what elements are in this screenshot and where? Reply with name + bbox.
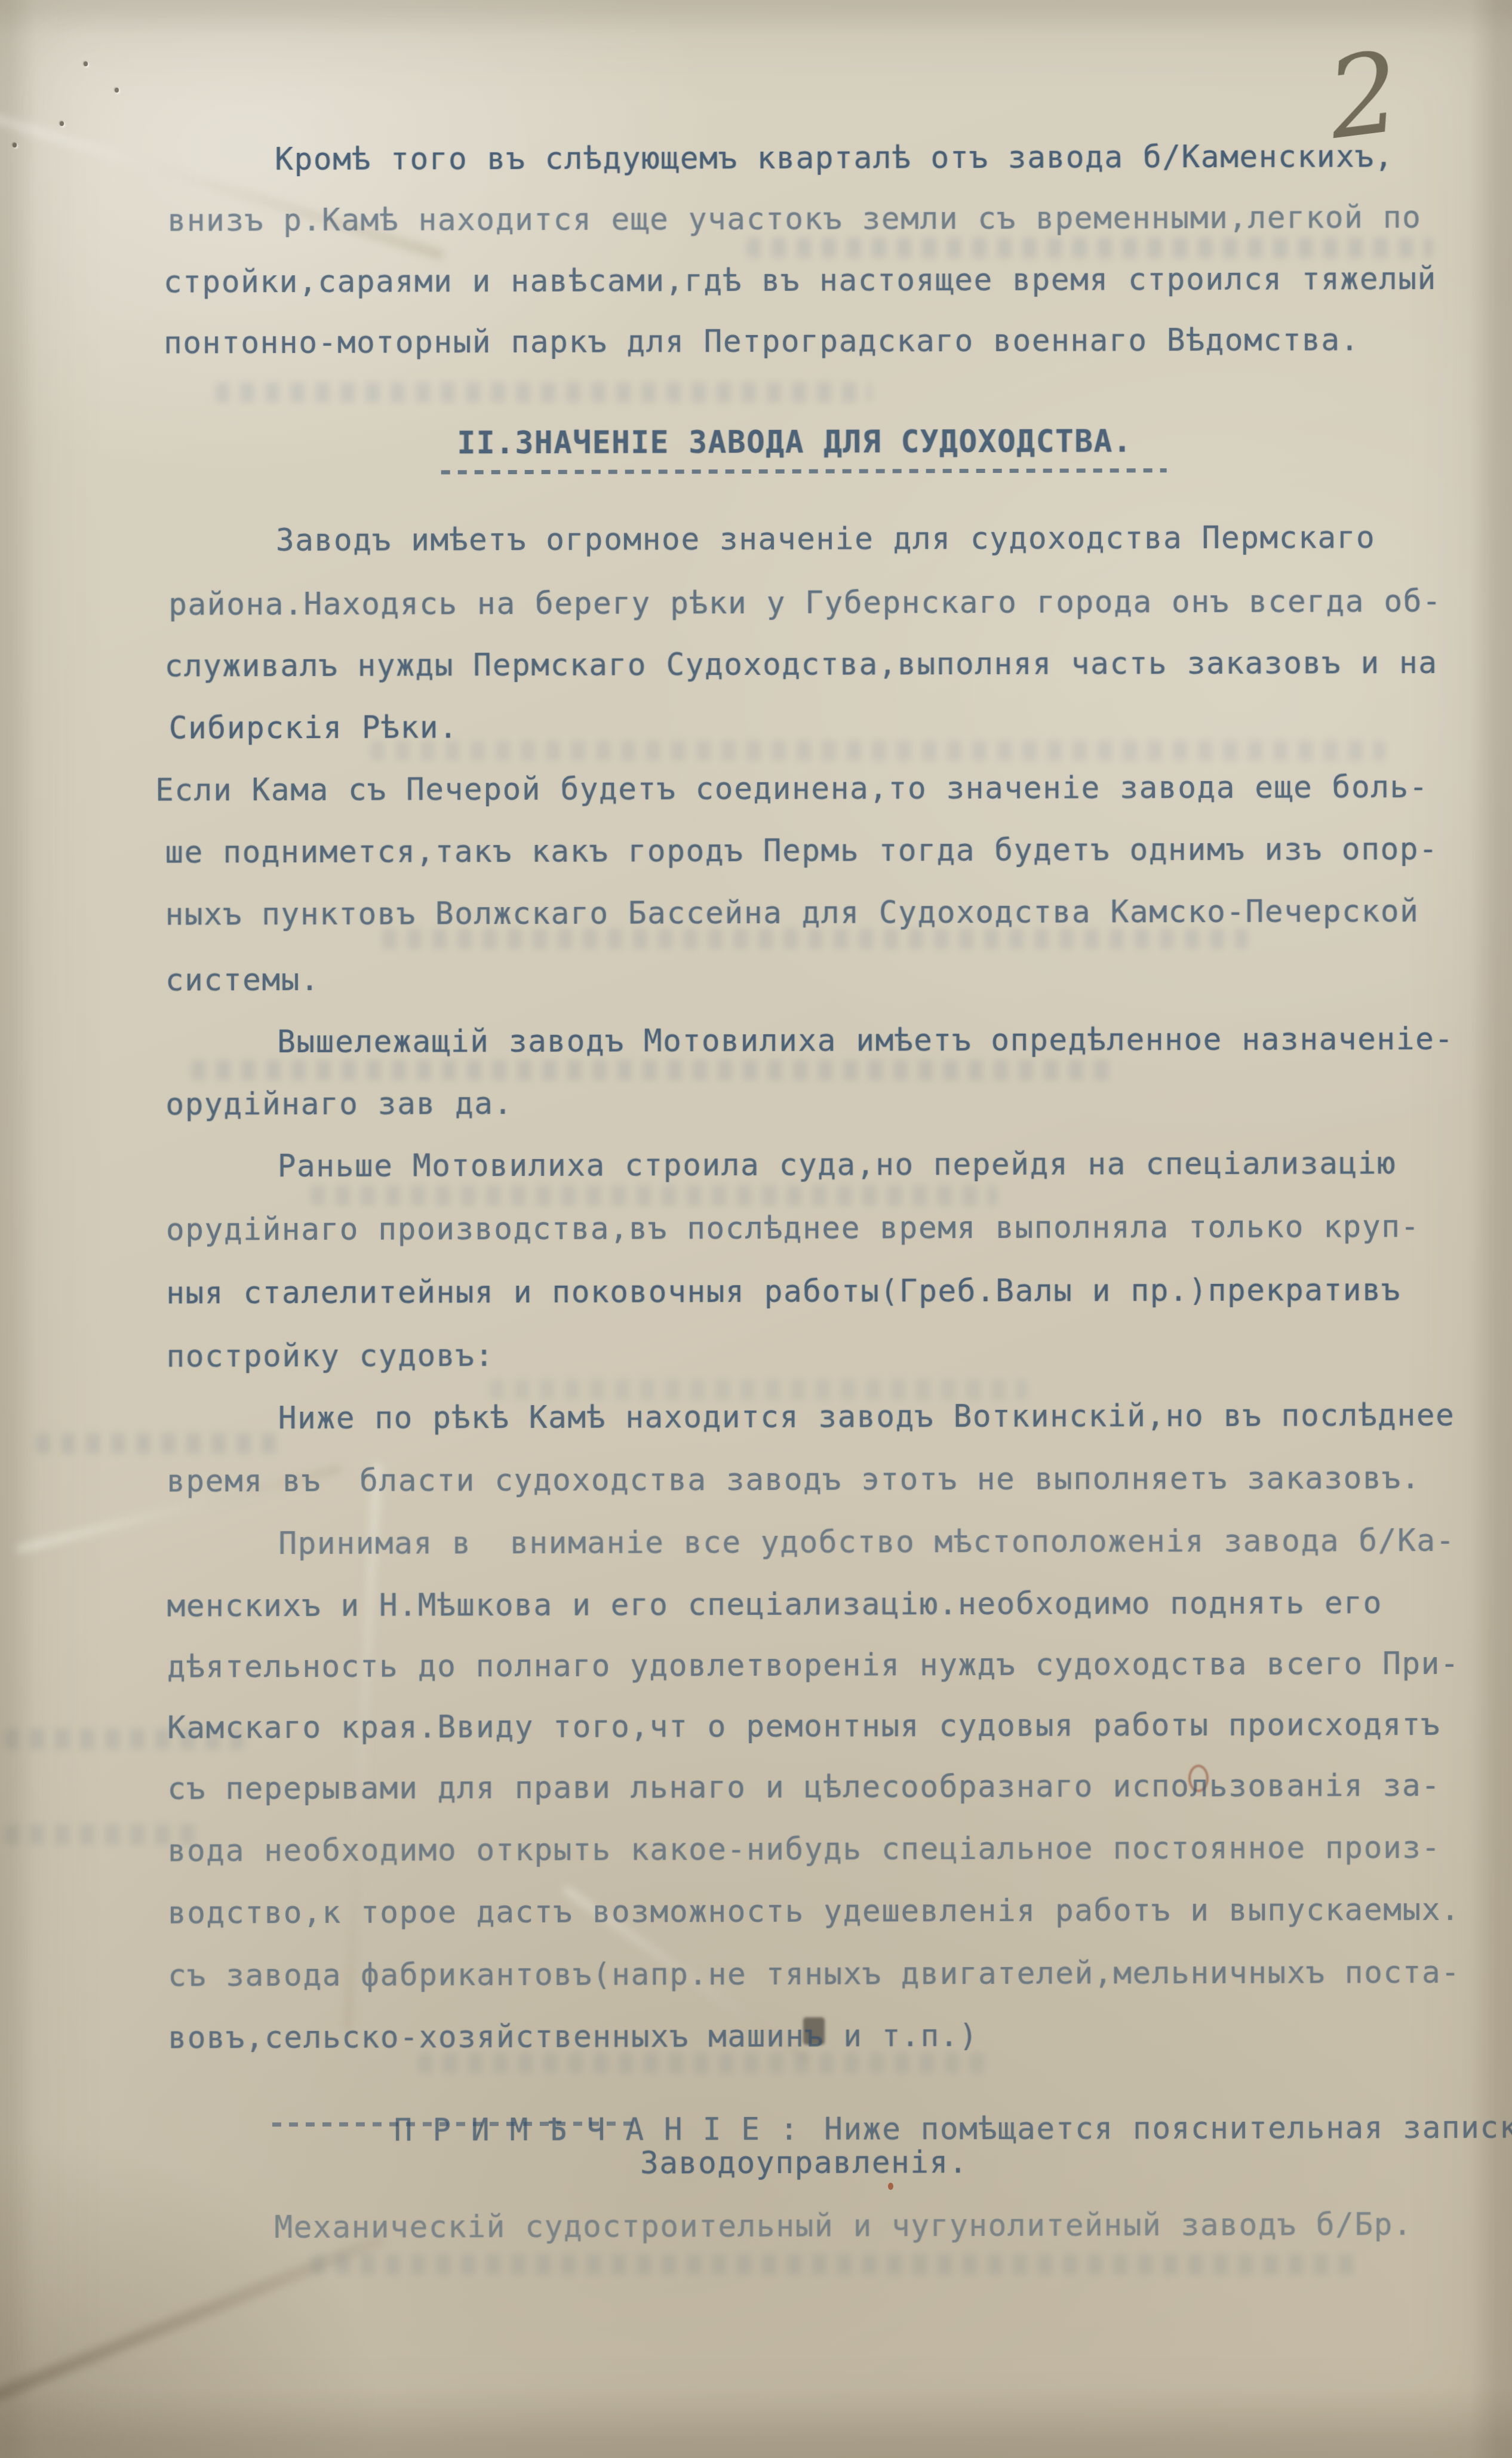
typed-line: понтонно-моторный паркъ для Петроградска… (164, 325, 1360, 358)
typed-line: Кромѣ того въ слѣдующемъ кварталѣ отъ за… (275, 142, 1394, 175)
typed-line: ше поднимется,такъ какъ городъ Пермь тог… (165, 834, 1438, 868)
typed-line: время въ бласти судоходства заводъ этотъ… (167, 1463, 1421, 1497)
typed-line: Камскаго края.Ввиду того,чт о ремонтныя … (167, 1710, 1440, 1744)
typed-line: орудійнаго зав да. (165, 1089, 513, 1120)
typed-line: Заводъ имѣетъ огромное значеніе для судо… (276, 523, 1376, 556)
section-heading: II.ЗНАЧЕНІЕ ЗАВОДА ДЛЯ СУДОХОДСТВА. (457, 426, 1132, 459)
typed-line: Ниже по рѣкѣ Камѣ находится заводъ Вотки… (278, 1400, 1455, 1434)
typed-line: съ завода фабрикантовъ(напр.не тяныхъ дв… (168, 1958, 1461, 1992)
typed-line: района.Находясь на берегу рѣки у Губернс… (168, 586, 1442, 620)
scanned-document-page: 2 Кромѣ того въ слѣдующемъ кварталѣ отъ … (0, 0, 1512, 2458)
heading-underline (441, 468, 1167, 474)
typed-line: съ перерывами для прави льнаго и цѣлесоо… (167, 1771, 1440, 1805)
typed-line: Сибирскія Рѣки. (169, 712, 459, 743)
signature-line: Заводоуправленія. (640, 2147, 968, 2179)
typed-line: ныя сталелитейныя и поковочныя работы(Гр… (166, 1275, 1401, 1308)
typed-line: постройку судовъ: (166, 1341, 494, 1372)
typed-line: вода необходимо открыть какое-нибудь спе… (168, 1833, 1441, 1867)
typed-line: внизъ р.Камѣ находится еще участокъ земл… (168, 202, 1422, 236)
closing-line: Механическій судостроительный и чугуноли… (274, 2210, 1412, 2243)
typed-line: стройки,сараями и навѣсами,гдѣ въ настоя… (164, 264, 1437, 298)
typed-line: Вышележащій заводъ Мотовилиха имѣетъ опр… (277, 1024, 1454, 1058)
typed-line: Принимая в вниманіе все удобство мѣстопо… (278, 1526, 1455, 1559)
typed-line: Если Кама съ Печерой будетъ соединена,то… (155, 772, 1428, 806)
typed-line: водство,к торое дастъ возможность удешев… (168, 1895, 1461, 1929)
typed-line: служивалъ нужды Пермскаго Судоходства,вы… (164, 648, 1437, 682)
note-label: П Р И М Ѣ Ч А Н І Е : (394, 2112, 800, 2149)
typed-line: орудійнаго производства,въ послѣднее вре… (166, 1212, 1420, 1245)
typed-line: дѣятельность до полнаго удовлетворенія н… (167, 1649, 1460, 1683)
typed-line: ныхъ пунктовъ Волжскаго Бассейна для Суд… (165, 896, 1419, 930)
note-text: Ниже помѣщается пояснительная записка (824, 2110, 1512, 2147)
typed-line: системы. (165, 965, 320, 996)
typed-text-layer: 2 Кромѣ того въ слѣдующемъ кварталѣ отъ … (0, 0, 1512, 2458)
typed-line: менскихъ и Н.Мѣшкова и его спеціализацію… (167, 1588, 1382, 1621)
typed-line: Раньше Мотовилиха строила суда,но перейд… (278, 1148, 1397, 1182)
typed-line: вовъ,сельско-хозяйственныхъ машинъ и т.п… (168, 2021, 978, 2054)
